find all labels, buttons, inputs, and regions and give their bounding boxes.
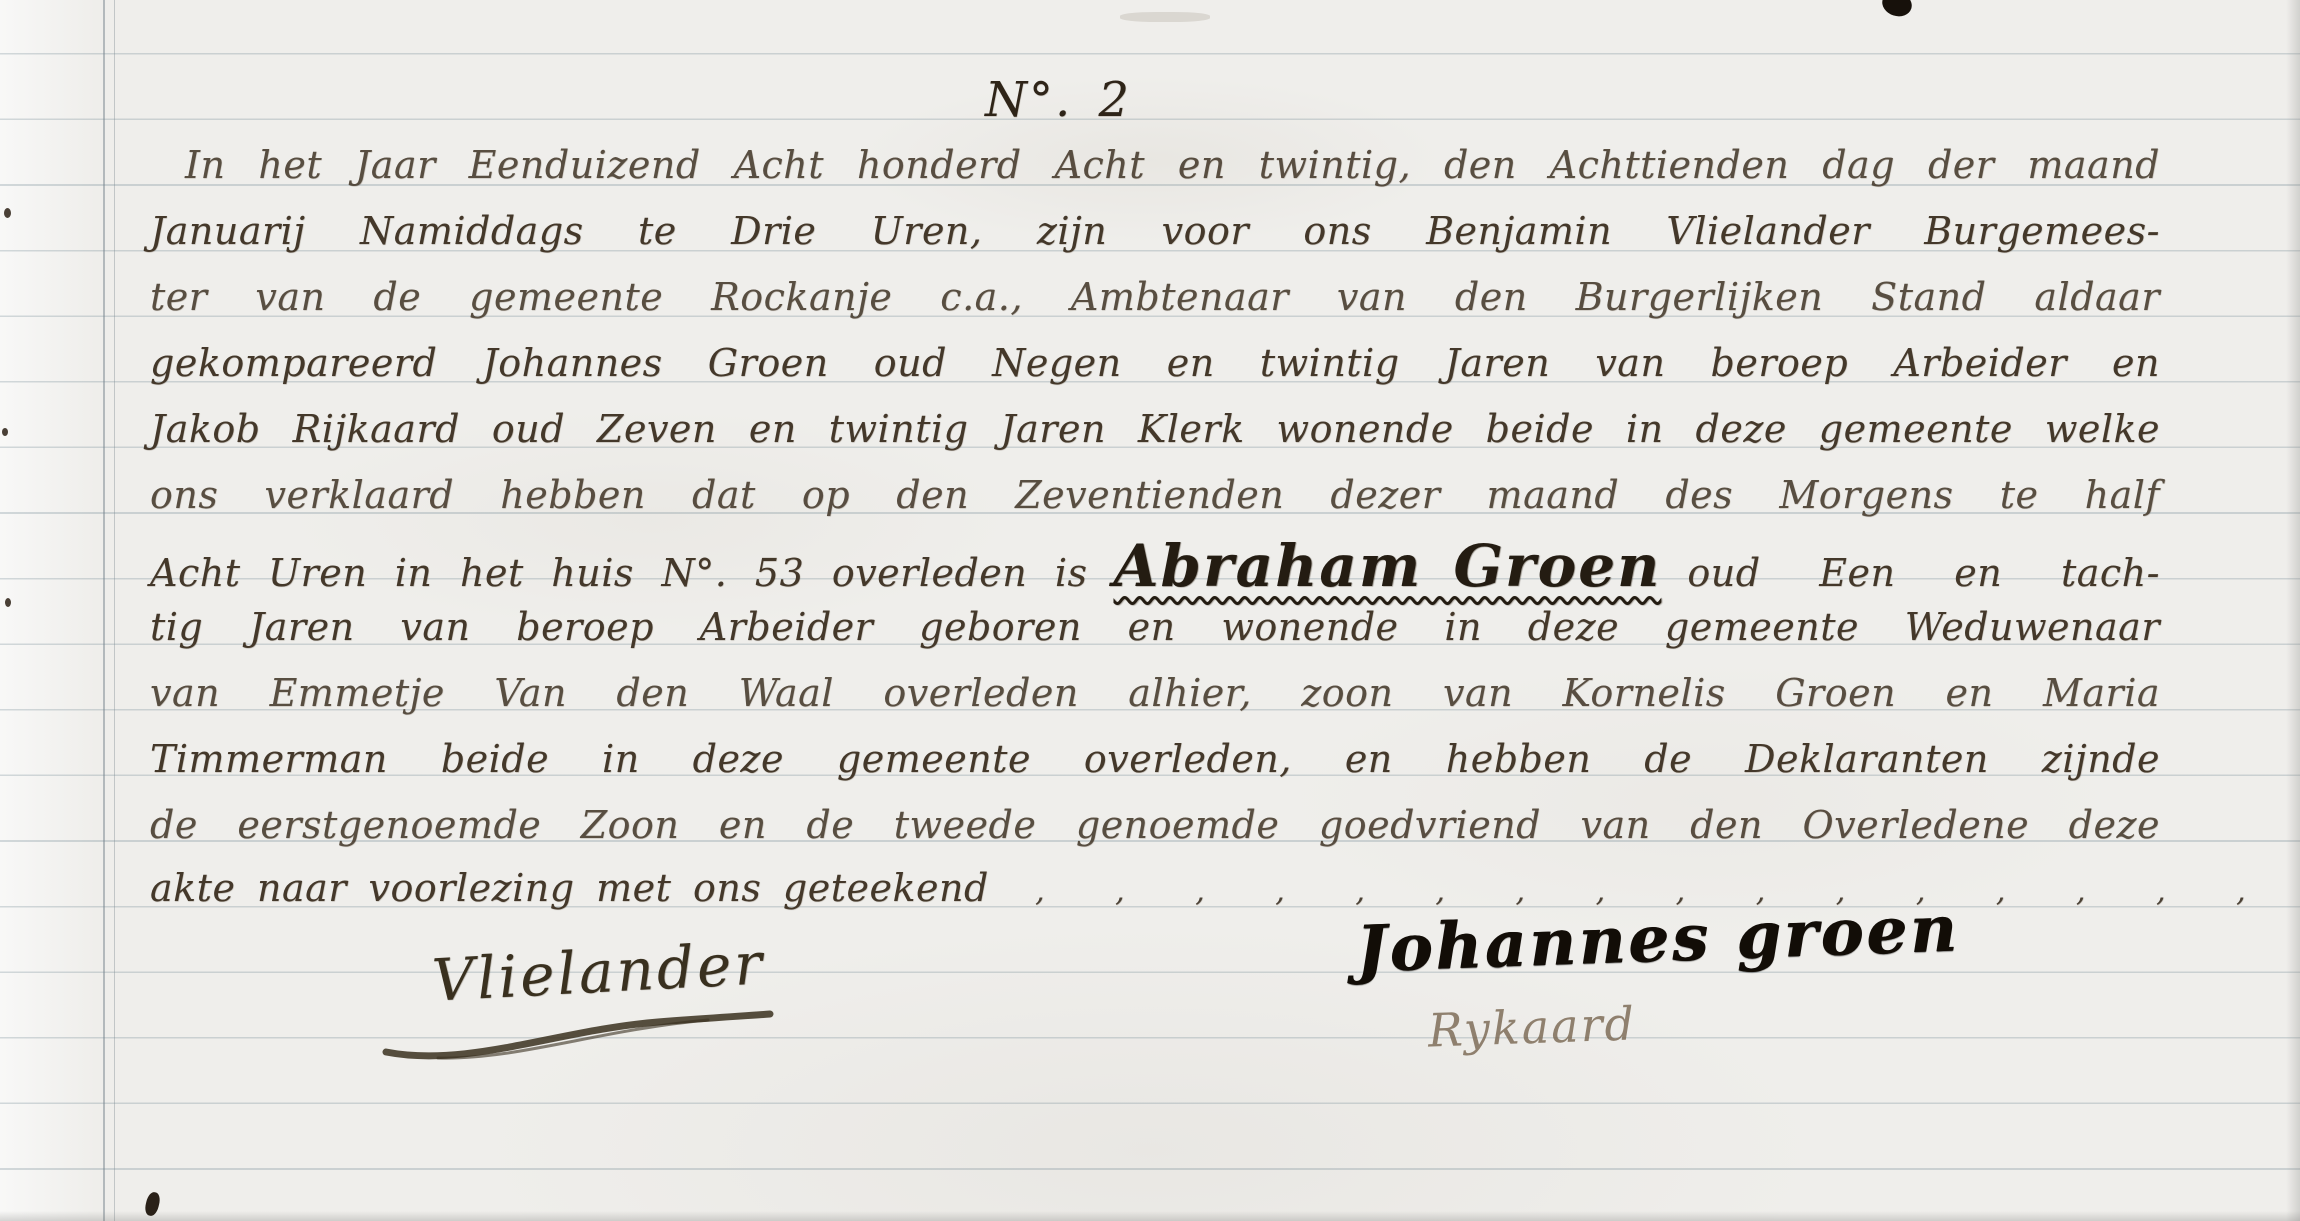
body-line-10: Timmerman beide in deze gemeente overled… <box>150 737 2160 781</box>
body-line-5: Jakob Rijkaard oud Zeven en twintig Jare… <box>150 407 2160 451</box>
act-number: N°. 2 <box>985 72 1131 128</box>
body-line-3: ter van de gemeente Rockanje c.a., Ambte… <box>150 275 2160 319</box>
signature-flourish <box>378 1000 778 1070</box>
scan-edge-bottom <box>0 1211 2300 1221</box>
margin-rule <box>103 0 115 1221</box>
line7-prefix: Acht Uren in het huis N°. 53 overleden i… <box>150 551 1087 595</box>
edge-speck <box>5 598 11 607</box>
body-line-6: ons verklaard hebben dat op den Zeventie… <box>150 473 2160 517</box>
body-line-8: tig Jaren van beroep Arbeider geboren en… <box>150 605 2160 649</box>
edge-speck <box>4 208 11 218</box>
signature-declarant-2: Rykaard <box>1427 996 1637 1057</box>
death-record-page: N°. 2 In het Jaar Eenduizend Acht honder… <box>0 0 2300 1221</box>
body-line-12: akte naar voorlezing met ons geteekend ‚… <box>150 866 2280 910</box>
ink-blot-top <box>1879 0 1915 20</box>
body-line-4: gekompareerd Johannes Groen oud Negen en… <box>150 341 2160 385</box>
body-line-2: Januarij Namiddags te Drie Uren, zijn vo… <box>150 209 2160 253</box>
edge-speck <box>2 428 8 436</box>
body-line-9: van Emmetje Van den Waal overleden alhie… <box>150 671 2160 715</box>
body-line-11: de eerstgenoemde Zoon en de tweede genoe… <box>150 803 2160 847</box>
scan-edge-right <box>2286 0 2300 1221</box>
scan-edge-left <box>0 0 96 1221</box>
deceased-name: Abraham Groen <box>1113 532 1661 600</box>
line12-text: akte naar voorlezing met ons geteekend <box>150 866 989 910</box>
body-line-1: In het Jaar Eenduizend Acht honderd Acht… <box>185 143 2160 187</box>
body-line-7: Acht Uren in het huis N°. 53 overleden i… <box>150 532 2160 600</box>
smudge-top <box>1120 12 1210 22</box>
line7-suffix: oud Een en tach- <box>1687 551 2160 595</box>
